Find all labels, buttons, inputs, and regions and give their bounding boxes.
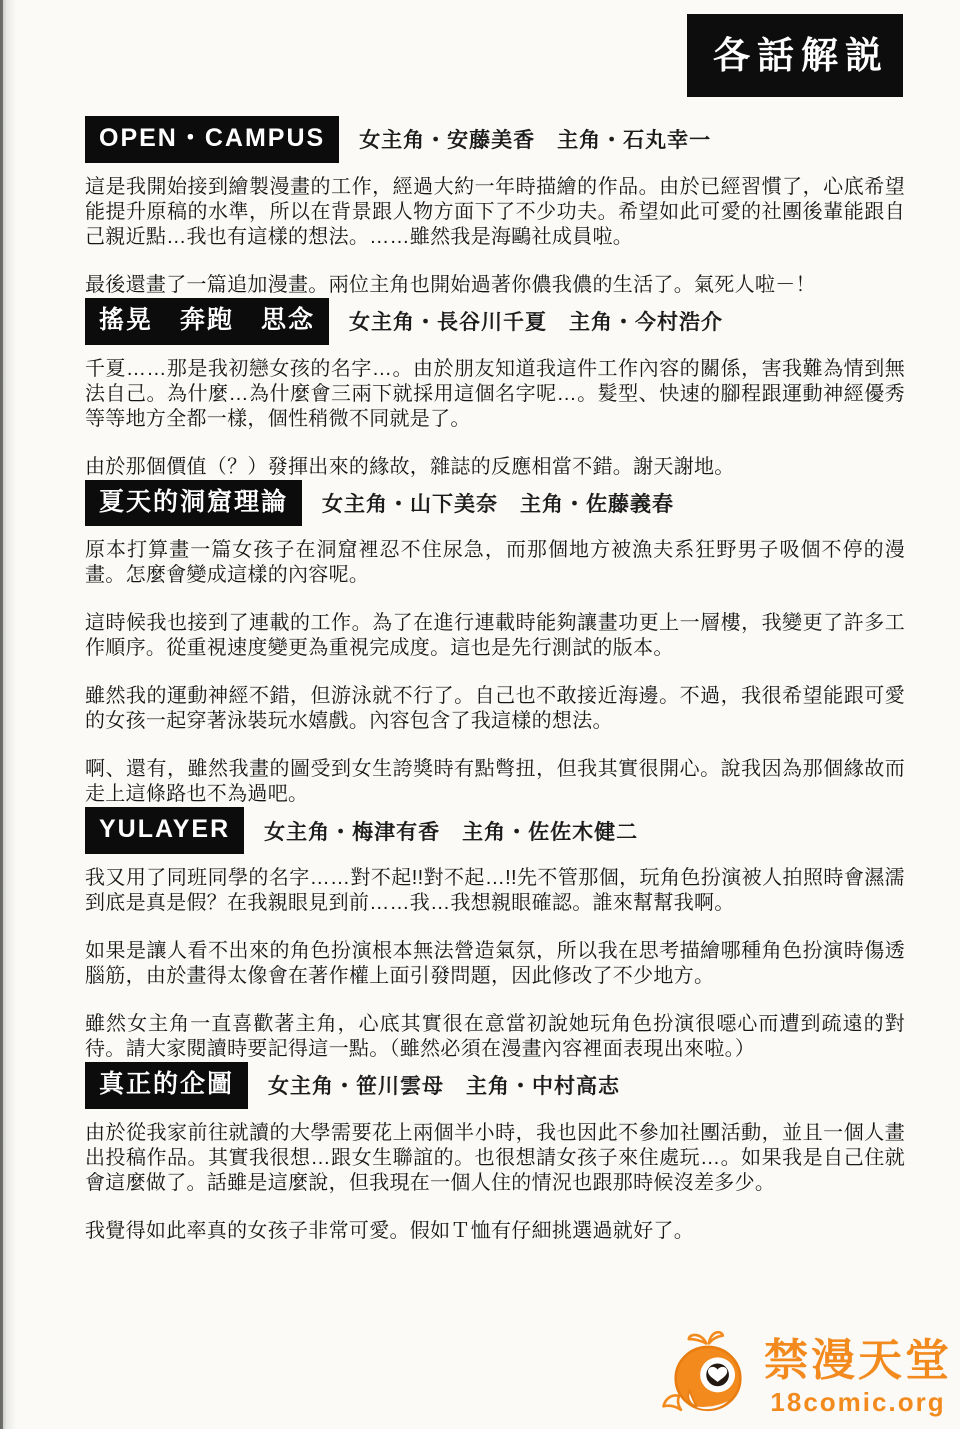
watermark-site-url: 18comic.org bbox=[770, 1389, 945, 1415]
paragraph: 如果是讓人看不出來的角色扮演根本無法營造氣氛，所以我在思考描繪哪種角色扮演時傷透… bbox=[85, 939, 905, 989]
section-true-intention: 真正的企圖 女主角・笹川雲母 主角・中村高志 由於從我家前往就讀的大學需要花上兩… bbox=[85, 1062, 905, 1244]
section-open-campus: OPEN・CAMPUS 女主角・安藤美香 主角・石丸幸一 這是我開始接到繪製漫畫… bbox=[85, 116, 905, 298]
paragraph: 我覺得如此率真的女孩子非常可愛。假如Ｔ恤有仔細挑選過就好了。 bbox=[85, 1219, 905, 1244]
scan-edge-shadow bbox=[0, 0, 16, 1429]
paragraph: 原本打算畫一篇女孩子在洞窟裡忍不住尿急，而那個地方被漁夫系狂野男子吸個不停的漫畫… bbox=[85, 538, 905, 588]
section-header: 搖晃 奔跑 思念 女主角・長谷川千夏 主角・今村浩介 bbox=[85, 298, 905, 345]
paragraph: 這時候我也接到了連載的工作。為了在進行連載時能夠讓畫功更上一層樓，我變更了許多工… bbox=[85, 611, 905, 661]
watermark-site-name: 禁漫天堂 bbox=[764, 1339, 952, 1383]
section-header: 真正的企圖 女主角・笹川雲母 主角・中村高志 bbox=[85, 1062, 905, 1109]
paragraph: 由於從我家前往就讀的大學需要花上兩個半小時，我也因此不參加社團活動，並且一個人畫… bbox=[85, 1121, 905, 1196]
paragraph: 我又用了同班同學的名字……對不起!!對不起…!!先不管那個，玩角色扮演被人拍照時… bbox=[85, 866, 905, 916]
section-credits: 女主角・安藤美香 主角・石丸幸一 bbox=[359, 124, 711, 154]
section-header: YULAYER 女主角・梅津有香 主角・佐佐木健二 bbox=[85, 807, 905, 854]
section-sway-run-longing: 搖晃 奔跑 思念 女主角・長谷川千夏 主角・今村浩介 千夏……那是我初戀女孩的名… bbox=[85, 298, 905, 480]
paragraph: 千夏……那是我初戀女孩的名字…。由於朋友知道我這件工作內容的關係，害我難為情到無… bbox=[85, 357, 905, 432]
section-title: YULAYER bbox=[85, 807, 244, 854]
page-title: 各話解説 bbox=[687, 14, 903, 97]
watermark-text: 禁漫天堂 18comic.org bbox=[764, 1339, 952, 1415]
paragraph: 啊、還有，雖然我畫的圖受到女生誇獎時有點彆扭，但我其實很開心。說我因為那個緣故而… bbox=[85, 757, 905, 807]
scan-edge-line bbox=[0, 0, 3, 1429]
paragraph: 這是我開始接到繪製漫畫的工作，經過大約一年時描繪的作品。由於已經習慣了，心底希望… bbox=[85, 175, 905, 250]
paragraph: 雖然女主角一直喜歡著主角，心底其實很在意當初說她玩角色扮演很噁心而遭到疏遠的對待… bbox=[85, 1012, 905, 1062]
section-summer-cave-theory: 夏天的洞窟理論 女主角・山下美奈 主角・佐藤義春 原本打算畫一篇女孩子在洞窟裡忍… bbox=[85, 480, 905, 808]
watermark: 禁漫天堂 18comic.org bbox=[660, 1326, 952, 1427]
section-credits: 女主角・長谷川千夏 主角・今村浩介 bbox=[349, 306, 723, 336]
whale-mascot-icon bbox=[660, 1326, 756, 1427]
section-title: 真正的企圖 bbox=[85, 1062, 248, 1109]
section-credits: 女主角・笹川雲母 主角・中村高志 bbox=[268, 1070, 620, 1100]
section-header: 夏天的洞窟理論 女主角・山下美奈 主角・佐藤義春 bbox=[85, 480, 905, 527]
section-credits: 女主角・山下美奈 主角・佐藤義春 bbox=[322, 488, 674, 518]
scanned-page: 各話解説 OPEN・CAMPUS 女主角・安藤美香 主角・石丸幸一 這是我開始接… bbox=[0, 0, 960, 1429]
commentary-content: OPEN・CAMPUS 女主角・安藤美香 主角・石丸幸一 這是我開始接到繪製漫畫… bbox=[85, 116, 905, 1244]
section-header: OPEN・CAMPUS 女主角・安藤美香 主角・石丸幸一 bbox=[85, 116, 905, 163]
paragraph: 雖然我的運動神經不錯，但游泳就不行了。自己也不敢接近海邊。不過，我很希望能跟可愛… bbox=[85, 684, 905, 734]
paragraph: 由於那個價值（？）發揮出來的緣故，雜誌的反應相當不錯。謝天謝地。 bbox=[85, 455, 905, 480]
section-yulayer: YULAYER 女主角・梅津有香 主角・佐佐木健二 我又用了同班同學的名字……對… bbox=[85, 807, 905, 1062]
paragraph: 最後還畫了一篇追加漫畫。兩位主角也開始過著你儂我儂的生活了。氣死人啦－！ bbox=[85, 273, 905, 298]
section-title: 夏天的洞窟理論 bbox=[85, 480, 302, 527]
section-title: 搖晃 奔跑 思念 bbox=[85, 298, 329, 345]
section-title: OPEN・CAMPUS bbox=[85, 116, 339, 163]
section-credits: 女主角・梅津有香 主角・佐佐木健二 bbox=[264, 816, 638, 846]
